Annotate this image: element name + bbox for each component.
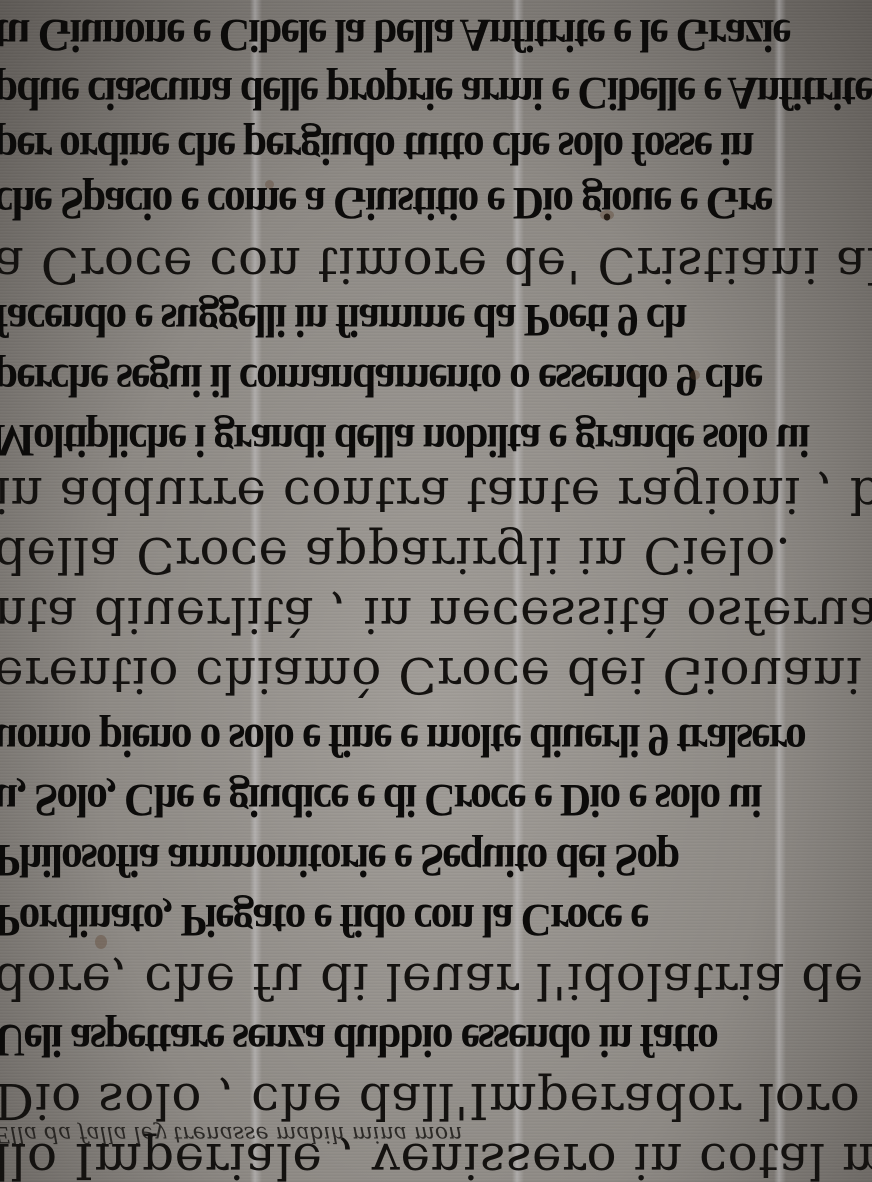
text-line: Ueli aspettare senza dubbio essendo in f… [0, 1013, 717, 1067]
text-line: in addurre contra tante ragioni , benche… [0, 466, 872, 524]
paper-stain [265, 180, 274, 189]
mirrored-text-block: tu Giunone e Cibele la bella Anfitrite e… [0, 0, 872, 1182]
text-line: per ordine che pergiudo tutto che solo f… [0, 121, 752, 175]
text-line: u, Solo, Che e giudice e di Croce e Dio … [0, 773, 761, 827]
text-line: dore, che fu di leuar l'idolatria de Sol… [0, 952, 872, 1010]
text-line: uomo pieno o solo e fine e molte diuerli… [0, 713, 805, 767]
text-line: della Croce apparirgli in Cielo. [0, 526, 791, 584]
text-line: che Spacio e come a Giustitio e Dio giou… [0, 176, 771, 230]
text-line: erentio chiamò Croce dei Giouani le un [0, 646, 872, 704]
text-line: perche segui il comandamento o essendo 9… [0, 353, 761, 407]
text-line: a Croce con timore de' Cristiani alteri … [0, 236, 872, 294]
paper-stain [95, 935, 107, 949]
text-line: Philosofia ammonitorie e Sequito dei Sop [0, 833, 678, 887]
text-line: pdue ciascuna delle proprie armi e Cibel… [0, 66, 871, 120]
document-page: tu Giunone e Cibele la bella Anfitrite e… [0, 0, 872, 1182]
text-line: Moltipliche i grandi della nobilta e gra… [0, 413, 808, 467]
text-line: tu Giunone e Cibele la bella Anfitrite e… [0, 8, 789, 62]
text-line: nta diuerlità , in necessità osferuabena [0, 586, 872, 644]
text-line: facendo e suggelli in fiamme da Poeti 9 … [0, 293, 685, 347]
paper-stain [600, 210, 614, 220]
text-line: llo Imperiale , venissero in cotal modo … [0, 1132, 872, 1182]
paper-stain [690, 370, 700, 380]
